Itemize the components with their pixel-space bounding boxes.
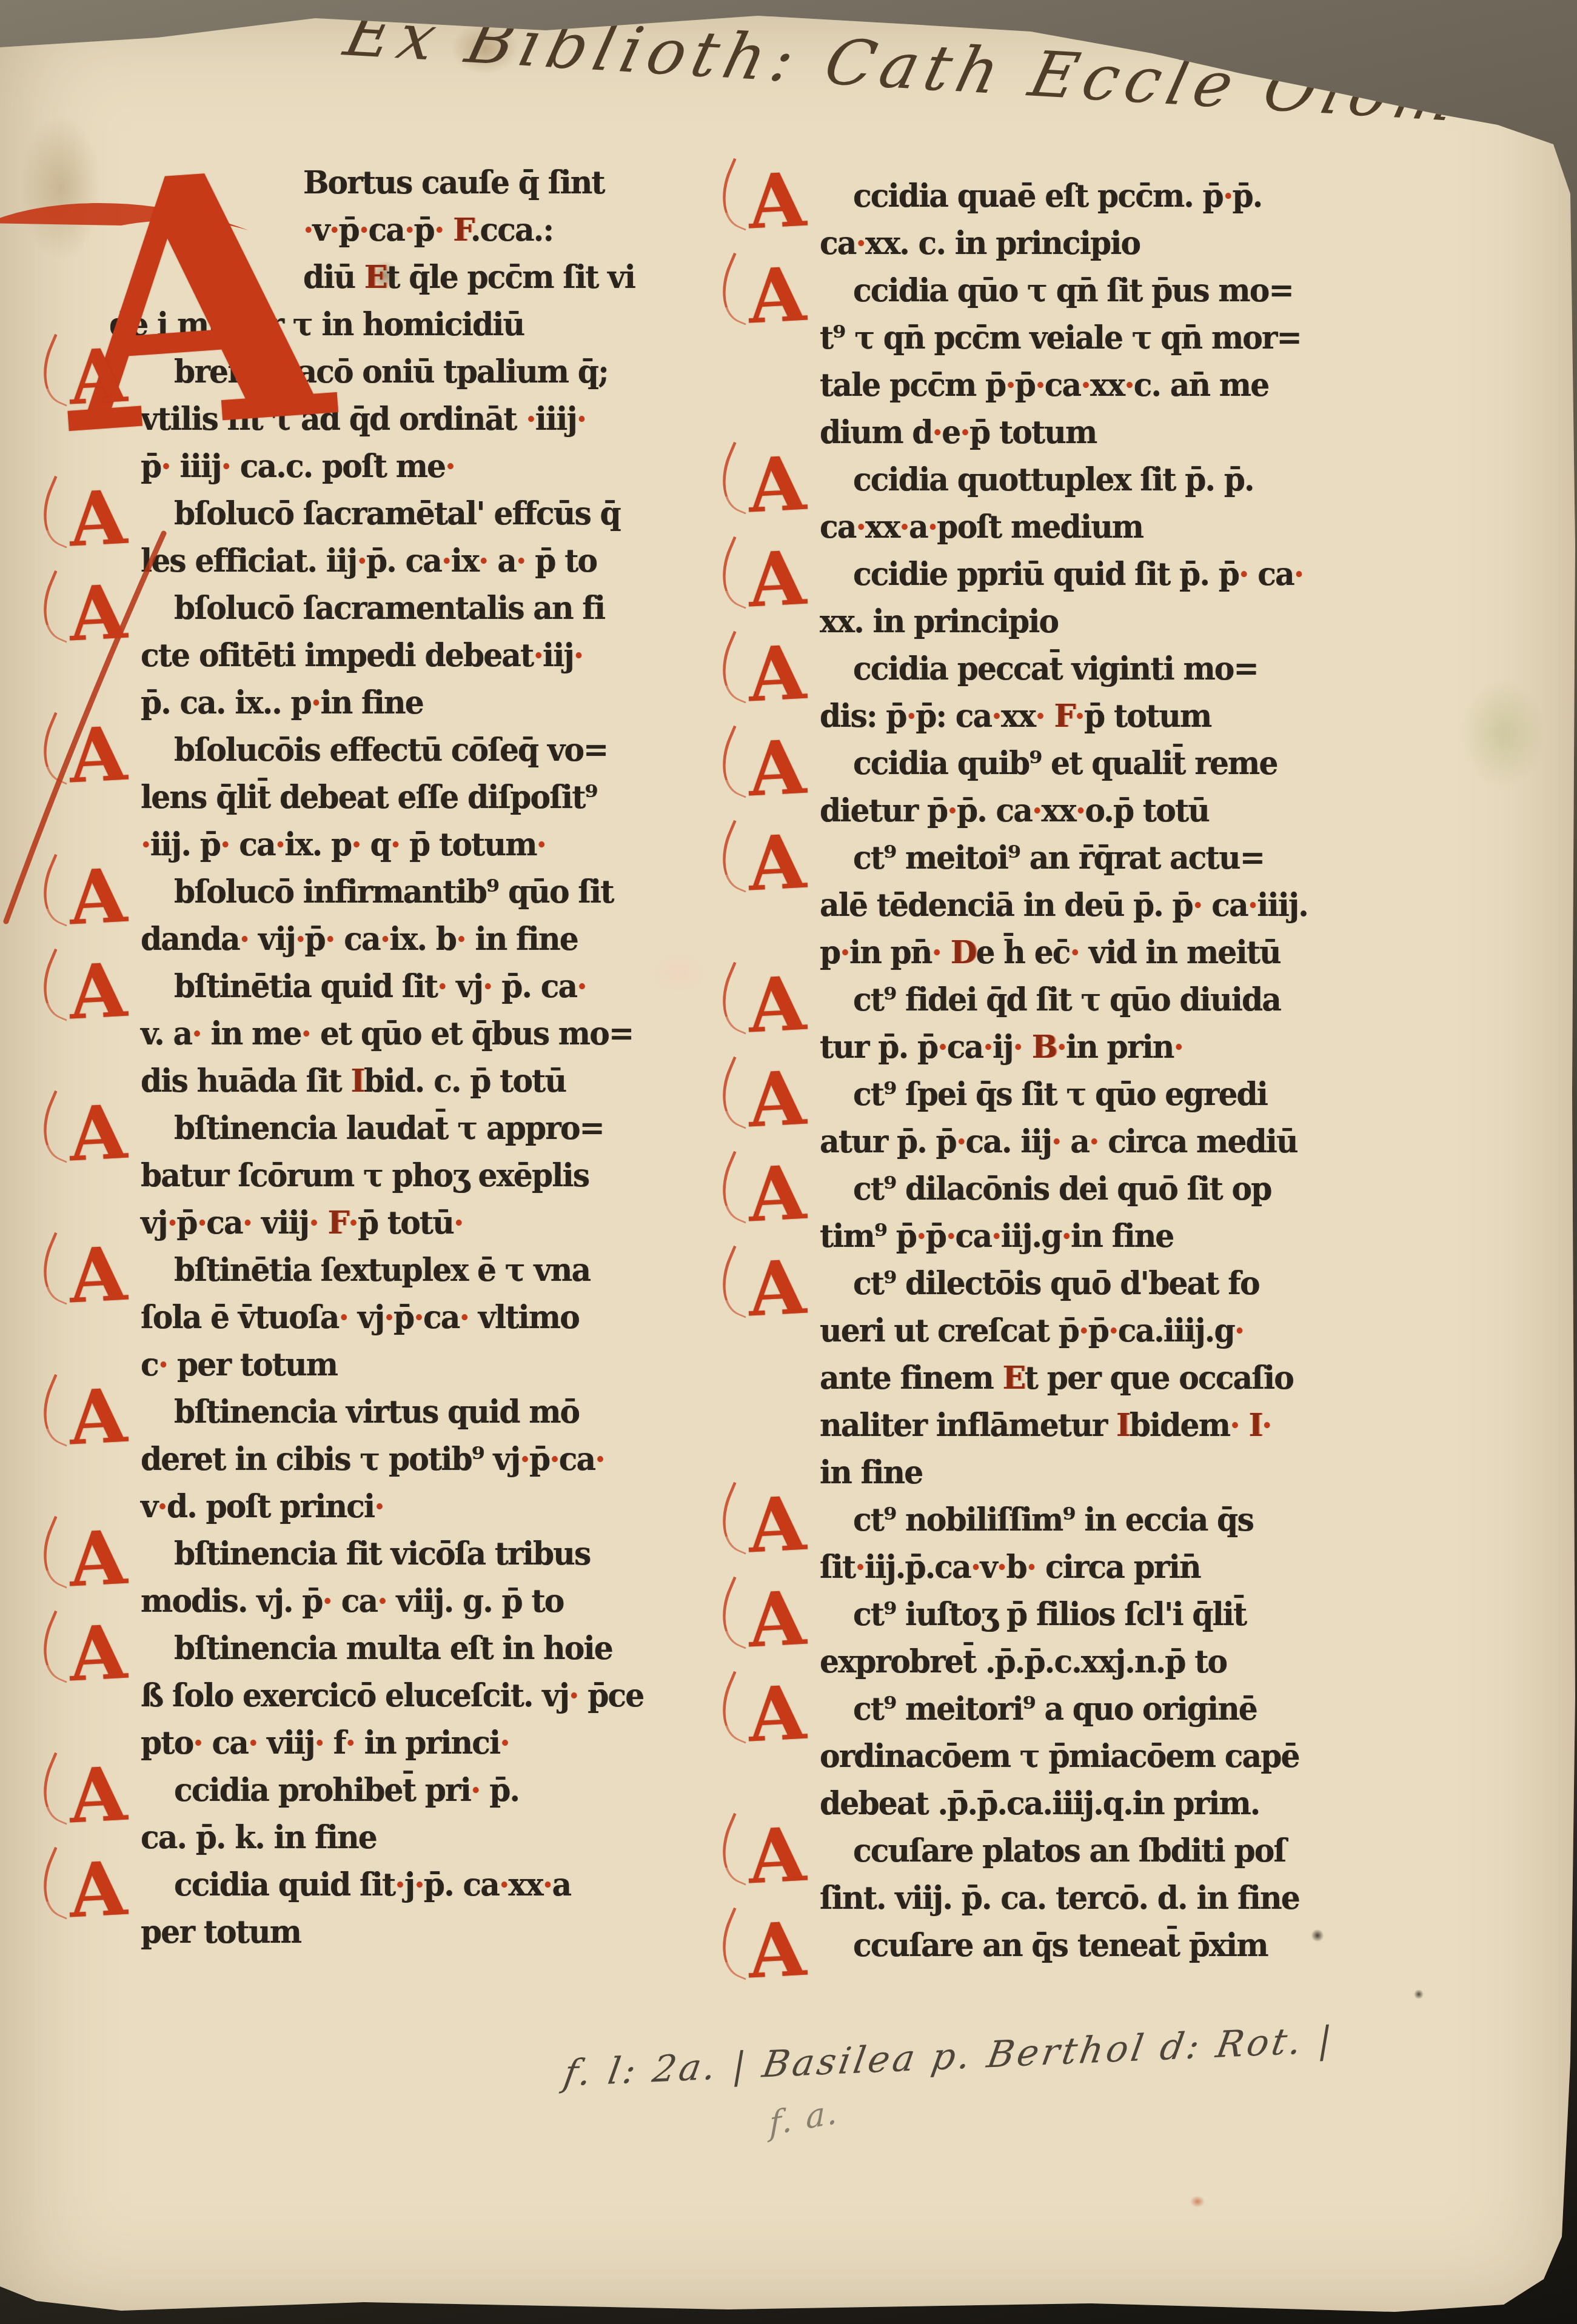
entry-line: tale pcc̄m p̄·p̄·ca·xx·c. an̄ me: [820, 361, 1407, 409]
rubricated-initial: A: [67, 1851, 129, 1928]
red-point: ·: [348, 1204, 358, 1241]
entry-line: ſola ē v̄tuoſa· vj·p̄·ca· vltimo: [141, 1294, 728, 1341]
red-point: ·: [971, 1548, 980, 1586]
red-point: ·: [1079, 1312, 1088, 1349]
rubricated-initial: A: [67, 575, 129, 652]
entry-line: c· per totum: [141, 1341, 728, 1388]
entry-line: exprobret̄ .p̄.p̄.c.xxj.n.p̄ to: [820, 1638, 1407, 1685]
entry-line: tur p̄. p̄·ca·ij· B·in prin·: [820, 1023, 1407, 1070]
red-point: ·: [384, 1298, 393, 1336]
entry-line: in fine: [820, 1449, 1407, 1496]
red-point: ·: [1013, 1028, 1023, 1066]
entry-line: alē tēdenciā in deū p̄. p̄· ca·iiij.: [820, 881, 1407, 929]
entry-line: ß ſolo exercicō eluceſcit. vj· p̄ce: [141, 1672, 728, 1719]
red-point: ·: [314, 1724, 324, 1761]
red-point: ·: [357, 542, 366, 579]
entry-line: dietur p̄·p̄. ca·xx·o.p̄ totū: [820, 787, 1407, 834]
index-entry: Accuſare an q̄s teneat̄ p̄xim: [820, 1922, 1438, 1969]
rubricated-initial: A: [746, 966, 808, 1043]
entry-line: bſtinencia laudat̄ τ appro=: [141, 1104, 728, 1152]
rubricated-initial: A: [746, 541, 808, 618]
entry-line: ſint. viij. p̄. ca. tercō. d. in fine: [820, 1874, 1407, 1922]
rubricated-initial: A: [746, 257, 808, 334]
index-entry: Act⁹ dilacōnis dei quō ſit optim⁹ p̄·p̄·…: [820, 1165, 1438, 1260]
red-point: ·: [899, 508, 909, 546]
red-point: ·: [499, 1866, 509, 1903]
red-point: ·: [1076, 792, 1085, 829]
entry-line: tim⁹ p̄·p̄·ca·iij.g·in fine: [820, 1212, 1407, 1260]
manuscript-page: Ex Biblioth: Cath Eccle Olom ABortus cau…: [0, 0, 1577, 2324]
red-point: ·: [459, 1298, 469, 1336]
red-point: ·: [248, 1724, 258, 1761]
entry-line: ct⁹ meitoi⁹ an r̄q̄rat actu=: [820, 834, 1407, 881]
red-point: ·: [1089, 1123, 1099, 1160]
red-point: ·: [1234, 1312, 1244, 1349]
rubric-touched-capital: E: [364, 258, 386, 296]
index-entry: Abſtinencia laudat̄ τ appro=batur ſcōrum…: [141, 1104, 759, 1246]
column-right: Accidia quaē eſt pcc̄m. p̄·p̄.ca·xx. c. …: [820, 172, 1438, 1969]
entry-line: xx. in principio: [820, 598, 1407, 645]
red-point: ·: [983, 1028, 993, 1066]
entry-line: atur p̄. p̄·ca. iij· a· circa mediū: [820, 1118, 1407, 1165]
stain: [1443, 655, 1564, 812]
red-point: ·: [483, 967, 492, 1005]
rubricated-initial: A: [746, 162, 808, 239]
red-point: ·: [577, 967, 586, 1005]
entry-line: ccidia prohibet̄ pri· p̄.: [141, 1766, 728, 1814]
index-entry: Accidia quaē eſt pcc̄m. p̄·p̄.ca·xx. c. …: [820, 172, 1438, 267]
index-entry: Abſtinētia quid ſit· vj· p̄. ca·v. a· in…: [141, 963, 759, 1104]
red-point: ·: [414, 1866, 424, 1903]
entry-line: ·iij. p̄· ca·ix. p· q· p̄ totum·: [141, 821, 728, 868]
entry-line: ccuſare platos an ſbditi poſ: [820, 1827, 1407, 1874]
entry-line: ſit·iij.p̄.ca·v·b· circa prin̄: [820, 1543, 1407, 1591]
entry-line: ct⁹ dilectōis quō d'beat fo: [820, 1260, 1407, 1307]
red-point: ·: [1032, 792, 1042, 829]
entry-line: ct⁹ ſpei q̄s ſit τ qūo egredi: [820, 1070, 1407, 1118]
red-point: ·: [1026, 1548, 1036, 1586]
red-point: ·: [855, 1548, 865, 1586]
red-point: ·: [569, 1677, 578, 1714]
red-point: ·: [1239, 555, 1248, 593]
red-point: ·: [395, 1866, 404, 1903]
red-point: ·: [1124, 366, 1134, 404]
entry-line: ante finem Et per que occaſio: [820, 1354, 1407, 1401]
rubricated-initial: A: [746, 1912, 808, 1989]
rubricated-initial: A: [746, 1155, 808, 1232]
index-entry: Accuſare platos an ſbditi poſſint. viij.…: [820, 1827, 1438, 1922]
entry-line: bſtinētia ſextuplex ē τ vna: [141, 1246, 728, 1294]
red-point: ·: [947, 792, 957, 829]
red-point: ·: [1005, 366, 1015, 404]
red-point: ·: [595, 1440, 604, 1478]
rubricated-initial: A: [746, 1817, 808, 1894]
rubric-touched-capital: D: [951, 933, 976, 971]
red-point: ·: [916, 1217, 926, 1255]
entry-line: bſtinencia virtus quid mō: [141, 1388, 728, 1435]
red-point: ·: [533, 636, 543, 674]
index-entry: Accidia quib⁹ et qualit̄ remedietur p̄·p…: [820, 740, 1438, 834]
red-point: ·: [1223, 177, 1233, 215]
index-entry: Abſolucō ſacramētal' effcūs q̄les effici…: [141, 490, 759, 584]
entry-line: deret in cibis τ potib⁹ vj·p̄·ca·: [141, 1435, 728, 1483]
entry-line: pto· ca· viij· f· in princi·: [141, 1719, 728, 1766]
index-entry: Abſtinētia ſextuplex ē τ vnaſola ē v̄tuo…: [141, 1246, 759, 1388]
red-point: ·: [275, 826, 285, 863]
red-speck: [1188, 2194, 1207, 2209]
rubricated-initial: A: [67, 338, 129, 415]
red-point: ·: [1035, 366, 1045, 404]
index-entry: Abſolucōis effectū cōſeq̄ vo=lens q̄lit̄…: [141, 726, 759, 868]
red-point: ·: [414, 1298, 423, 1336]
entry-line: ueri ut creſcat p̄·p̄·ca.iiij.g·: [820, 1307, 1407, 1354]
red-point: ·: [167, 1204, 177, 1241]
red-point: ·: [351, 826, 361, 863]
rubric-touched-capital: F: [453, 211, 470, 249]
red-point: ·: [928, 508, 937, 546]
index-entry: Act⁹ fidei q̄d ſit τ qūo diuidatur p̄. p…: [820, 976, 1438, 1070]
red-point: ·: [991, 697, 1001, 735]
entry-line: ca. p̄. k. in fine: [141, 1814, 728, 1861]
entry-line: bſtinencia fit vicōſa tribus: [141, 1530, 728, 1577]
entry-line: ordinacōem τ p̄miacōem capē: [820, 1732, 1407, 1780]
red-point: ·: [445, 447, 455, 485]
entry-line: debeat .p̄.p̄.ca.iiij.q.in prim.: [820, 1780, 1407, 1827]
red-point: ·: [454, 1204, 463, 1241]
red-point: ·: [157, 1488, 167, 1525]
red-point: ·: [937, 1028, 947, 1066]
entry-line: v. a· in me· et qūo et q̄bus mo=: [141, 1010, 728, 1057]
entry-line: ca·xx·a·poſt medium: [820, 503, 1407, 550]
index-entry: Abſtinencia fit vicōſa tribusmodis. vj. …: [141, 1530, 759, 1624]
red-point: ·: [500, 1724, 509, 1761]
red-point: ·: [192, 1015, 201, 1052]
rubricated-initial: A: [746, 1061, 808, 1138]
entry-line: vj·p̄·ca· viij· F·p̄ totū·: [141, 1199, 728, 1246]
red-point: ·: [309, 1204, 318, 1241]
entry-line: bſtinencia multa eſt in hoie: [141, 1624, 728, 1672]
rubricated-initial: A: [746, 1486, 808, 1563]
rubric-touched-capital: B: [1032, 1028, 1057, 1066]
entry-line: t⁹ τ qn̄ pcc̄m veiale τ qn̄ mor=: [820, 314, 1407, 361]
red-point: ·: [441, 542, 451, 579]
entry-line: ccidia qūo τ qn̄ ſit p̄us mo=: [820, 267, 1407, 314]
index-entry: Abſolucō ſacramentalis an ficte ofitēti …: [141, 584, 759, 726]
ink-speck: [1413, 1988, 1425, 2000]
index-entry: Act⁹ nobiliſſim⁹ in eccia q̄sſit·iij.p̄.…: [820, 1496, 1438, 1591]
rubricated-initial: A: [746, 446, 808, 523]
entry-line: cte ofitēti impedi debeat·iij·: [141, 632, 728, 679]
entry-line: ccidia quottuplex ſit p̄. p̄.: [820, 456, 1407, 503]
rubricated-initial: A: [67, 1378, 129, 1455]
red-point: ·: [295, 920, 305, 958]
red-point: ·: [404, 211, 414, 249]
red-point: ·: [956, 1123, 966, 1160]
red-point: ·: [1248, 886, 1257, 924]
red-point: ·: [243, 1204, 252, 1241]
red-point: ·: [991, 1217, 1001, 1255]
rubricated-initial: A: [746, 824, 808, 901]
red-point: ·: [1080, 366, 1090, 404]
red-point: ·: [946, 1217, 956, 1255]
entry-line: modis. vj. p̄· ca· viij. g. p̄ to: [141, 1577, 728, 1624]
red-point: ·: [516, 542, 526, 579]
entry-line: dis huāda ſit Ibid. c. p̄ totū: [141, 1057, 728, 1104]
red-point: ·: [301, 1015, 311, 1052]
entry-line: ccidia quaē eſt pcc̄m. p̄·p̄.: [820, 172, 1407, 219]
red-point: ·: [906, 697, 916, 735]
entry-line: bſolucōis effectū cōſeq̄ vo=: [141, 726, 728, 773]
entry-line: ccidie ppriū quid ſit p̄. p̄· ca·: [820, 550, 1407, 598]
index-entry: Accidia qūo τ qn̄ ſit p̄us mo=t⁹ τ qn̄ p…: [820, 267, 1438, 456]
entry-line: dium d·e·p̄ totum: [820, 409, 1407, 456]
index-entry: Act⁹ dilectōis quō d'beat foueri ut creſ…: [820, 1260, 1438, 1496]
rubricated-initial: A: [67, 953, 129, 1030]
red-point: ·: [526, 400, 535, 438]
entry-line: ccidia peccat̄ viginti mo=: [820, 645, 1407, 692]
entry-line: per totum: [141, 1908, 728, 1955]
red-point: ·: [543, 1866, 552, 1903]
red-point: ·: [470, 1771, 480, 1809]
red-point: ·: [346, 1724, 355, 1761]
collation-note-small: f. a.: [769, 2092, 839, 2143]
rubricated-initial: A: [67, 480, 129, 557]
index-entry: Abſolucō infirmantib⁹ qūo ſitdanda· vij·…: [141, 868, 759, 963]
red-point: ·: [932, 413, 942, 451]
red-point: ·: [141, 826, 150, 863]
entry-line: v·d. poſt princi·: [141, 1483, 728, 1530]
entry-line: ct⁹ meitori⁹ a quo originē: [820, 1685, 1407, 1732]
index-entry: Act⁹ ſpei q̄s ſit τ qūo egrediatur p̄. p…: [820, 1070, 1438, 1165]
index-entry: Act⁹ meitori⁹ a quo originēordinacōem τ …: [820, 1685, 1438, 1827]
red-point: ·: [325, 920, 335, 958]
entry-line: ccidia quid ſit·j·p̄. ca·xx·a: [141, 1861, 728, 1908]
entry-line: p̄. ca. ix.. p·in fine: [141, 679, 728, 726]
rubricated-initial: A: [67, 1237, 129, 1314]
red-point: ·: [1262, 1406, 1271, 1444]
rubricated-initial: A: [52, 125, 338, 482]
red-point: ·: [520, 1440, 529, 1478]
rubric-touched-capital: F: [327, 1204, 348, 1241]
red-point: ·: [1173, 1028, 1183, 1066]
red-point: ·: [437, 967, 447, 1005]
red-point: ·: [932, 933, 942, 971]
rubricated-initial: A: [67, 1095, 129, 1172]
entry-line: p·in pn̄· De h̄ ec̄· vid in meitū: [820, 929, 1407, 976]
rubricated-initial: A: [67, 716, 129, 793]
index-entry: Accidie ppriū quid ſit p̄. p̄· ca·xx. in…: [820, 550, 1438, 645]
rubricated-initial: A: [67, 1520, 129, 1597]
red-point: ·: [323, 1582, 332, 1620]
red-point: ·: [1035, 697, 1045, 735]
red-point: ·: [855, 508, 865, 546]
entry-line: ct⁹ fidei q̄d ſit τ qūo diuida: [820, 976, 1407, 1023]
entry-line: ca·xx. c. in principio: [820, 219, 1407, 267]
red-point: ·: [434, 211, 444, 249]
red-point: ·: [158, 1346, 168, 1383]
red-point: ·: [574, 636, 583, 674]
entry-line: lens q̄lit̄ debeat eſſe diſpoſit⁹: [141, 773, 728, 821]
index-entry: Accidia prohibet̄ pri· p̄.ca. p̄. k. in …: [141, 1766, 759, 1861]
red-point: ·: [1294, 555, 1304, 593]
rubricated-initial: A: [746, 1675, 808, 1752]
red-point: ·: [1051, 1123, 1061, 1160]
index-entry: Accidia peccat̄ viginti mo=dis: p̄·p̄: c…: [820, 645, 1438, 740]
rubricated-initial: A: [67, 1757, 129, 1834]
rubricated-initial: A: [746, 730, 808, 807]
red-point: ·: [537, 826, 546, 863]
red-point: ·: [1230, 1406, 1239, 1444]
red-point: ·: [197, 1204, 207, 1241]
entry-line: naliter inflāmetur Ibidem· I·: [820, 1401, 1407, 1449]
red-point: ·: [338, 1298, 348, 1336]
entry-line: ccidia quib⁹ et qualit̄ reme: [820, 740, 1407, 787]
entry-line: ccuſare an q̄s teneat̄ p̄xim: [820, 1922, 1407, 1969]
rubricated-initial: A: [67, 1615, 129, 1692]
entry-line: ct⁹ iuſtoʒ p̄ filios ſcl'i q̄lit̄: [820, 1591, 1407, 1638]
red-point: ·: [239, 920, 249, 958]
red-point: ·: [380, 920, 390, 958]
red-point: ·: [374, 1488, 384, 1525]
red-point: ·: [456, 920, 466, 958]
red-point: ·: [1056, 1028, 1066, 1066]
photo-backdrop: Ex Biblioth: Cath Eccle Olom ABortus cau…: [0, 0, 1577, 2324]
ownership-inscription: Ex Biblioth: Cath Eccle Olom: [338, 0, 1470, 136]
red-point: ·: [577, 400, 586, 438]
red-point: ·: [478, 542, 488, 579]
rubric-touched-capital: I: [350, 1062, 364, 1100]
index-entry: Accidia quottuplex ſit p̄. p̄.ca·xx·a·po…: [820, 456, 1438, 550]
red-point: ·: [311, 684, 321, 721]
rubric-touched-capital: I: [1116, 1406, 1130, 1444]
collation-note: f. l: 2a. | Basilea p. Berthol d: Rot. |: [561, 2018, 1338, 2095]
rubricated-initial: A: [746, 1250, 808, 1327]
entry-line: batur ſcōrum τ phoʒ exēplis: [141, 1152, 728, 1199]
rubric-touched-capital: I: [1248, 1406, 1262, 1444]
index-entry: Accidia quid ſit·j·p̄. ca·xx·aper totum: [141, 1861, 759, 1955]
entry-line: bſolucō ſacramentalis an fi: [141, 584, 728, 632]
red-point: ·: [193, 1724, 203, 1761]
red-point: ·: [359, 211, 369, 249]
index-entry: Act⁹ iuſtoʒ p̄ filios ſcl'i q̄lit̄exprob…: [820, 1591, 1438, 1685]
rubric-touched-capital: E: [1002, 1359, 1024, 1397]
red-point: ·: [390, 826, 400, 863]
red-point: ·: [329, 211, 339, 249]
index-entry: ABortus cauſe q̄ ſint·v·p̄·ca·p̄· F.cca.…: [141, 159, 759, 348]
entry-line: ct⁹ nobiliſſim⁹ in eccia q̄s: [820, 1496, 1407, 1543]
red-point: ·: [960, 413, 969, 451]
index-entry: Act⁹ meitoi⁹ an r̄q̄rat actu=alē tēdenci…: [820, 834, 1438, 976]
entry-line: danda· vij·p̄· ca·ix. b· in fine: [141, 915, 728, 963]
rubricated-initial: A: [746, 1581, 808, 1658]
red-point: ·: [549, 1440, 559, 1478]
entry-line: les efficiat. iij·p̄. ca·ix· a· p̄ to: [141, 537, 728, 584]
rubric-touched-capital: F: [1054, 697, 1074, 735]
index-entry: Abſtinencia multa eſt in hoieß ſolo exer…: [141, 1624, 759, 1766]
entry-line: dis: p̄·p̄: ca·xx· F·p̄ totum: [820, 692, 1407, 740]
red-point: ·: [997, 1548, 1006, 1586]
rubricated-initial: A: [67, 858, 129, 935]
red-point: ·: [377, 1582, 387, 1620]
column-left: ABortus cauſe q̄ ſint·v·p̄·ca·p̄· F.cca.…: [141, 159, 759, 1955]
red-point: ·: [1074, 697, 1084, 735]
red-point: ·: [1193, 886, 1202, 924]
red-point: ·: [855, 224, 865, 262]
red-point: ·: [220, 826, 230, 863]
rubricated-initial: A: [746, 635, 808, 712]
red-point: ·: [1108, 1312, 1118, 1349]
entry-line: bſtinētia quid ſit· vj· p̄. ca·: [141, 963, 728, 1010]
entry-line: bſolucō infirmantib⁹ qūo ſit: [141, 868, 728, 915]
entry-line: ct⁹ dilacōnis dei quō ſit op: [820, 1165, 1407, 1212]
red-point: ·: [1070, 933, 1080, 971]
index-entry: Abſtinencia virtus quid mōderet in cibis…: [141, 1388, 759, 1530]
red-point: ·: [840, 933, 849, 971]
red-point: ·: [1061, 1217, 1071, 1255]
